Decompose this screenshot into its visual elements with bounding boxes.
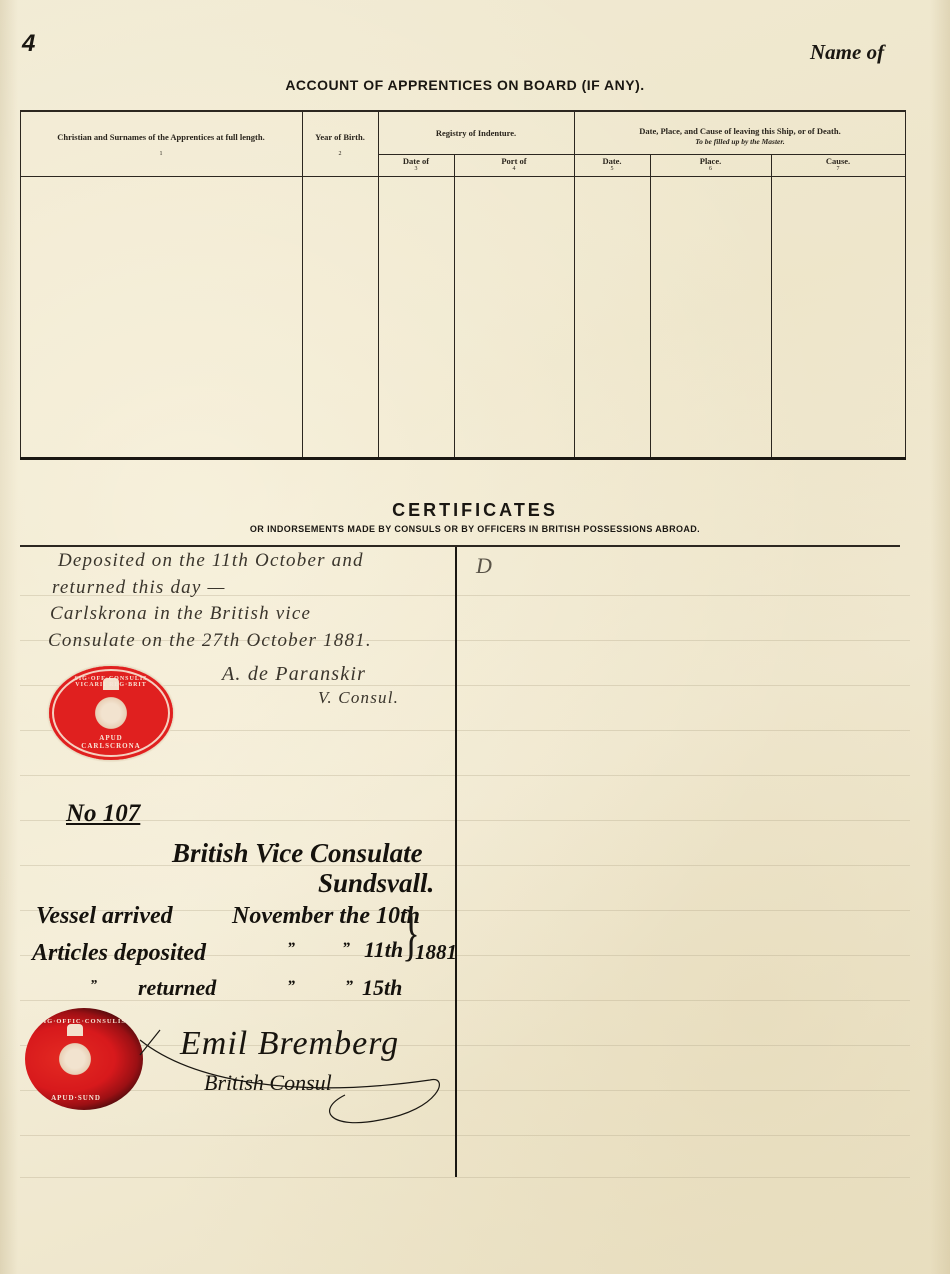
ruled-line	[20, 775, 910, 776]
col-number: 1	[20, 151, 302, 158]
corner-heading: Name of	[810, 40, 884, 65]
royal-crest-icon	[90, 690, 132, 736]
column-divider	[650, 154, 651, 457]
seal-text-top: SIG·OFF·CONSULIS VICARII REG·BRIT	[63, 676, 159, 688]
column-divider	[302, 112, 303, 457]
entry1-line1: Deposited on the 11th October and	[58, 550, 364, 572]
seal-text-bottom: APUD CARLSCRONA	[69, 734, 153, 750]
col-header-name: Christian and Surnames of the Apprentice…	[20, 132, 302, 158]
col-number: 3	[378, 166, 454, 173]
col-header-label: Place.	[700, 156, 721, 166]
entry2-number: No 107	[66, 800, 140, 828]
column-divider	[771, 154, 772, 457]
col-header-label: Date of	[403, 156, 429, 166]
signature-flourish-icon	[130, 1020, 460, 1140]
right-column-mark: D	[476, 553, 492, 579]
col-header-place: Place. 6	[650, 156, 771, 173]
entry2-row2-label: Articles deposited	[32, 940, 206, 967]
group-divider	[378, 154, 906, 155]
ditto-mark: ”	[345, 978, 353, 996]
entry2-year: 1881	[415, 940, 457, 965]
col-number: 4	[454, 166, 574, 173]
ruled-line	[20, 820, 910, 821]
col-header-date: Date. 5	[574, 156, 650, 173]
ditto-mark: ”	[90, 978, 97, 994]
certificates-title: CERTIFICATES	[0, 500, 950, 521]
col-header-label: Port of	[501, 156, 526, 166]
col-header-label: Cause.	[826, 156, 850, 166]
col-header-date-of: Date of 3	[378, 156, 454, 173]
col-header-label: Date.	[602, 156, 621, 166]
certificates-rule	[20, 545, 900, 547]
table-border	[905, 112, 906, 457]
col-header-port-of: Port of 4	[454, 156, 574, 173]
entry2-row3-value: 15th	[362, 975, 402, 1001]
certificates-subtitle: OR INDORSEMENTS MADE BY CONSULS OR BY OF…	[0, 524, 950, 534]
ditto-mark: ”	[342, 940, 350, 958]
col-number: 5	[574, 166, 650, 173]
entry2-row2-value: 11th	[364, 937, 403, 963]
entry1-line2: returned this day —	[52, 577, 226, 599]
entry2-row1-value: November the 10th	[232, 903, 420, 930]
ruled-line	[20, 1177, 910, 1178]
entry2-heading-line2: Sundsvall.	[318, 868, 434, 899]
page-number: 4	[22, 30, 35, 58]
seal-text-top: SIG·OFFIC·CONSULIS	[39, 1018, 119, 1025]
col-number: 2	[302, 151, 378, 158]
ditto-mark: ”	[287, 978, 295, 996]
apprentices-title: ACCOUNT OF APPRENTICES ON BOARD (IF ANY)…	[0, 77, 930, 93]
col-header-label: Christian and Surnames of the Apprentice…	[57, 132, 264, 142]
table-border	[20, 112, 21, 457]
ditto-mark: ”	[287, 940, 295, 958]
group-header-leaving: Date, Place, and Cause of leaving this S…	[574, 126, 906, 147]
seal-body: SIG·OFF·CONSULIS VICARII REG·BRIT APUD C…	[49, 666, 173, 760]
consular-seal-carlskrona: SIG·OFF·CONSULIS VICARII REG·BRIT APUD C…	[42, 660, 180, 766]
group-header-registry: Registry of Indenture.	[378, 128, 574, 138]
entry2-heading-line1: British Vice Consulate	[172, 838, 423, 869]
group-header-label: Date, Place, and Cause of leaving this S…	[639, 126, 841, 136]
ruled-line	[20, 865, 910, 866]
group-header-note: To be filled up by the Master.	[695, 137, 785, 146]
royal-crest-icon	[54, 1036, 96, 1082]
consular-seal-sundsvall: SIG·OFFIC·CONSULIS APUD·SUND	[25, 1008, 143, 1110]
col-header-label: Year of Birth.	[315, 132, 365, 142]
entry1-signature: A. de Paranskir	[222, 663, 366, 686]
apprentices-table: Christian and Surnames of the Apprentice…	[20, 110, 906, 460]
entry1-line3: Carlskrona in the British vice	[50, 603, 311, 625]
entry2-row3-label: returned	[138, 975, 216, 1001]
seal-text-bottom: APUD·SUND	[41, 1094, 111, 1102]
entry1-signature-title: V. Consul.	[318, 688, 399, 708]
col-number: 7	[771, 166, 905, 173]
col-number: 6	[650, 166, 771, 173]
column-divider	[454, 154, 455, 457]
header-divider	[20, 176, 906, 177]
entry1-line4: Consulate on the 27th October 1881.	[48, 630, 372, 652]
col-header-year: Year of Birth. 2	[302, 132, 378, 158]
col-header-cause: Cause. 7	[771, 156, 905, 173]
entry2-row1-label: Vessel arrived	[36, 903, 173, 930]
